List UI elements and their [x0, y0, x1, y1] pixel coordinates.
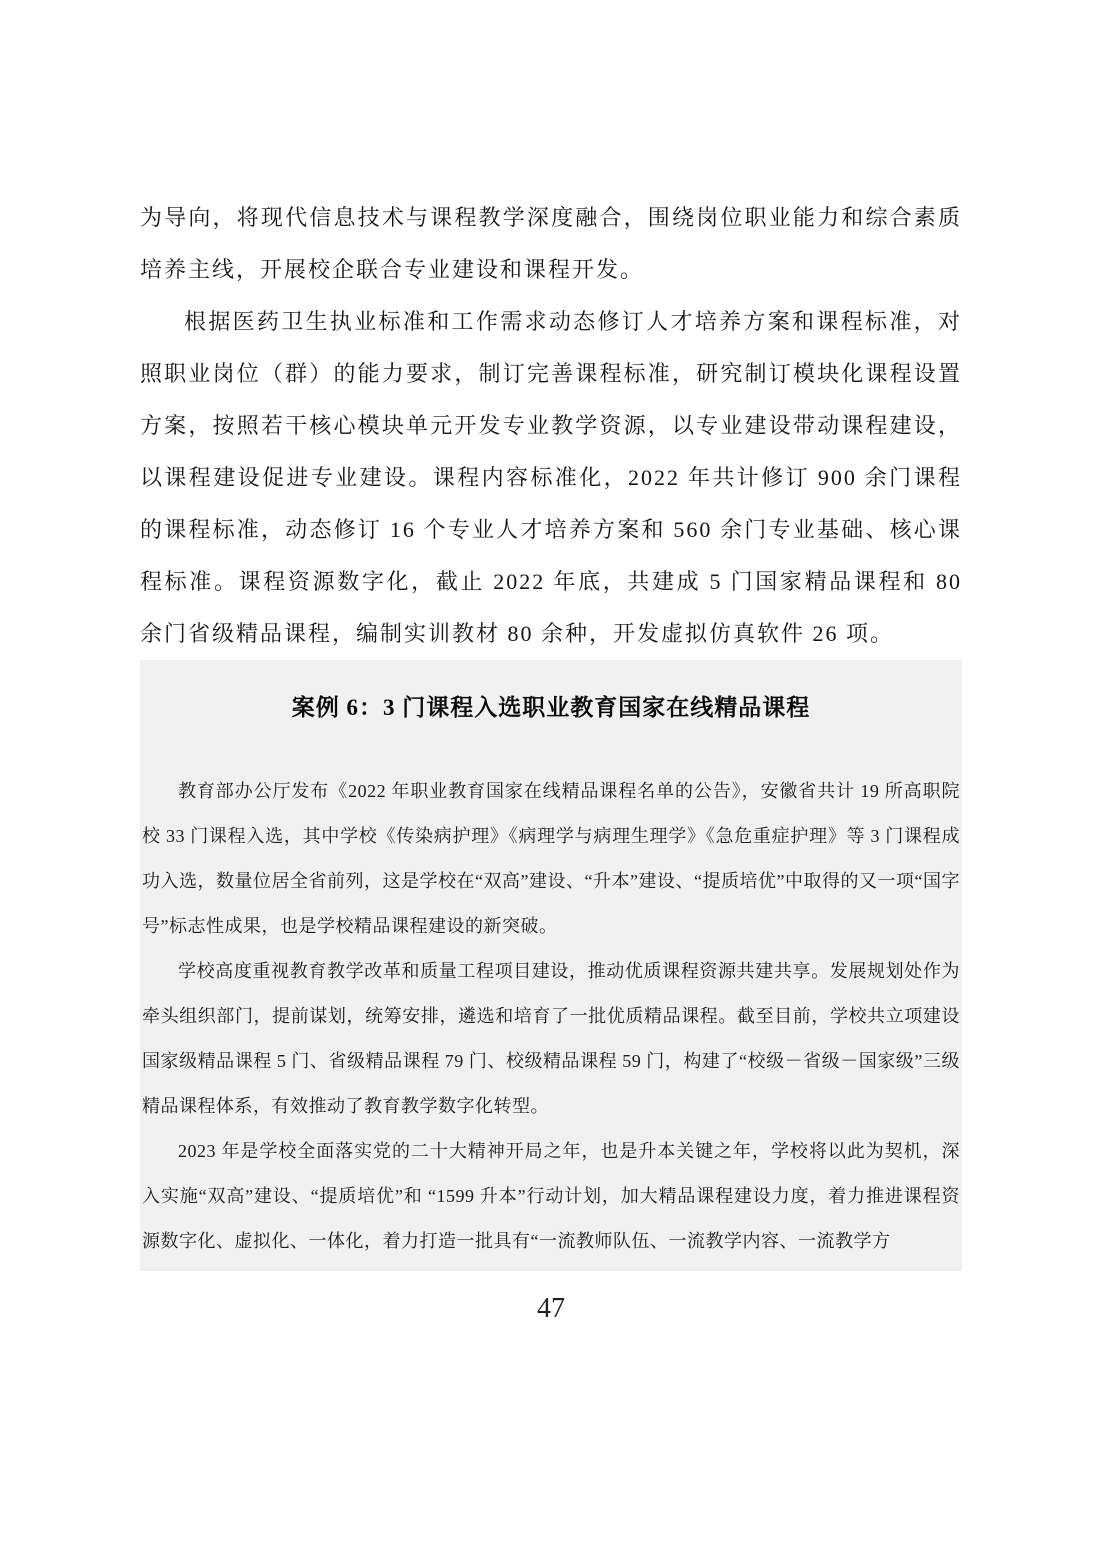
case-paragraph: 2023 年是学校全面落实党的二十大精神开局之年，也是升本关键之年，学校将以此为…	[142, 1129, 960, 1264]
document-page: 为导向，将现代信息技术与课程教学深度融合，围绕岗位职业能力和综合素质培养主线，开…	[0, 0, 1102, 1559]
page-content: 为导向，将现代信息技术与课程教学深度融合，围绕岗位职业能力和综合素质培养主线，开…	[140, 192, 962, 1325]
case-study-box: 案例 6：3 门课程入选职业教育国家在线精品课程 教育部办公厅发布《2022 年…	[140, 660, 962, 1271]
body-paragraph-continuation: 为导向，将现代信息技术与课程教学深度融合，围绕岗位职业能力和综合素质培养主线，开…	[140, 192, 962, 296]
case-paragraph: 教育部办公厅发布《2022 年职业教育国家在线精品课程名单的公告》，安徽省共计 …	[142, 769, 960, 949]
page-number: 47	[140, 1293, 962, 1325]
case-study-title: 案例 6：3 门课程入选职业教育国家在线精品课程	[142, 688, 960, 728]
body-paragraph: 根据医药卫生执业标准和工作需求动态修订人才培养方案和课程标准，对照职业岗位（群）…	[140, 296, 962, 660]
case-paragraph: 学校高度重视教育教学改革和质量工程项目建设，推动优质课程资源共建共享。发展规划处…	[142, 949, 960, 1129]
